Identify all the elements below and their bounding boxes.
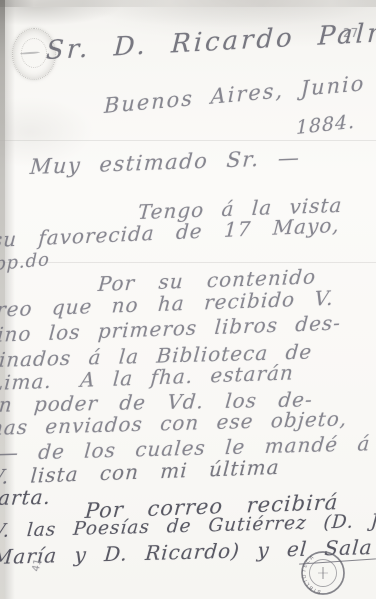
torn-top-edge <box>0 0 376 7</box>
salutation-line: Muy estimado Sr. — <box>29 146 301 180</box>
letter-line: pp.do <box>0 249 50 275</box>
dateline-city-date: Buenos Aires, Junio 19/ <box>104 66 376 118</box>
letter-page: 27 Sr. D. Ricardo Palma. Buenos Aires, J… <box>0 0 376 599</box>
recipient-line: Sr. D. Ricardo Palma. <box>45 16 376 66</box>
pencil-note: 41 <box>31 558 44 573</box>
scan-artifact-line <box>0 140 376 141</box>
letter-line: carta. <box>0 485 52 510</box>
library-ink-stamp: BIBLIOTECA <box>298 548 348 598</box>
scan-artifact-line <box>0 262 376 263</box>
dateline-year: 1884. <box>296 111 355 139</box>
